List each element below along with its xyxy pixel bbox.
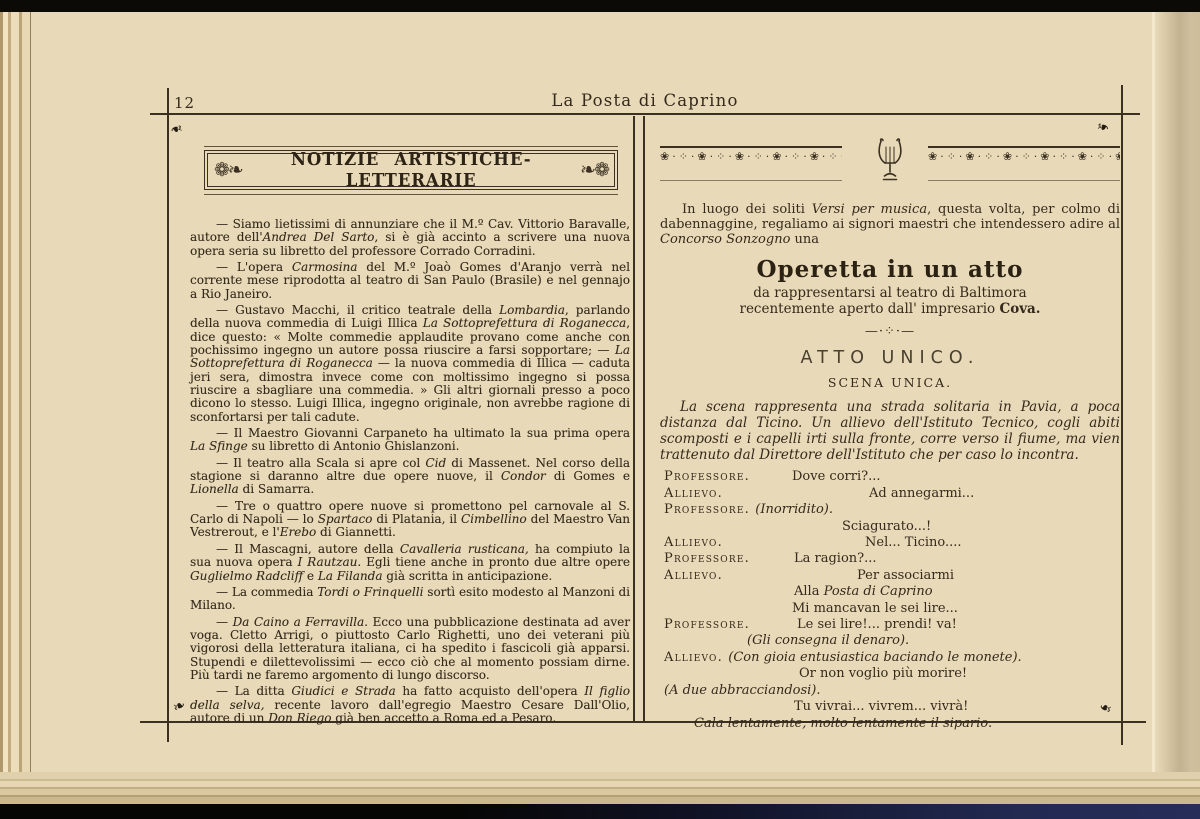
news-paragraph: — Tre o quattro opere nuove si prometton… [190,500,630,540]
dialogue-line: (A due abbracciandosi). [660,683,1120,699]
band-motifs: ❀·⁘·❀·⁘·❀·⁘·❀·⁘·❀·⁘·❀·⁘·❀·⁘·❀·⁘·❀·⁘·❀·⁘·… [660,149,842,164]
dialogue-line: Cala lentamente, molto lentamente il sip… [660,716,1120,732]
dialogue-line: Tu vivrai... vivrem... vivrà! [660,699,1120,715]
speech-text: Tu vivrai... vivrem... vivrà! [794,699,968,715]
speech-text: Cala lentamente, molto lentamente il sip… [694,716,992,732]
book-spine-edge [0,12,31,772]
ornamental-band-segment: ❀·⁘·❀·⁘·❀·⁘·❀·⁘·❀·⁘·❀·⁘·❀·⁘·❀·⁘·❀·⁘·❀·⁘·… [928,146,1120,181]
speaker-label: Allievo. [664,486,723,502]
speech-text: Alla Posta di Caprino [794,584,933,600]
speech-text: Sciagurato...! [842,519,931,535]
speaker-label: Professore. [664,502,755,517]
section-header-inner: ❁❧ NOTIZIE ARTISTICHE-LETTERARIE ❧❁ [207,153,615,187]
stage-direction-inline: (Con gioia entusiastica baciando le mone… [728,650,1021,665]
act-heading: ATTO UNICO. [660,348,1120,368]
lyre-icon [874,138,906,188]
venue-line-1: da rappresentarsi al teatro di Baltimora [660,285,1120,301]
speech-text: Ad annegarmi... [869,486,974,502]
news-paragraph: — La ditta Giudici e Strada ha fatto acq… [190,685,630,725]
dialogue-line: Allievo.Per associarmi [660,568,1120,584]
dialogue-line: (Gli consegna il denaro). [660,633,1120,649]
speaker-label: Allievo. [664,650,728,665]
news-paragraph-list: — Siamo lietissimi di annunziare che il … [190,218,630,725]
dialogue-line: Alla Posta di Caprino [660,584,1120,600]
right-margin-rule [1121,85,1123,745]
venue-line-2: recentemente aperto dall' impresario Cov… [660,301,1120,317]
news-paragraph: — Il teatro alla Scala si apre col Cid d… [190,457,630,497]
flower-ornament-right-icon: ❧❁ [580,161,608,180]
news-paragraph: — La commedia Tordi o Frinquelli sortì e… [190,586,630,613]
dialogue-line: Professore.Le sei lire!... prendi! va! [660,617,1120,633]
right-column: ❀·⁘·❀·⁘·❀·⁘·❀·⁘·❀·⁘·❀·⁘·❀·⁘·❀·⁘·❀·⁘·❀·⁘·… [660,138,1120,732]
dialogue-line: Professore.Dove corri?... [660,469,1120,485]
dialogue-line: Allievo. (Con gioia entusiastica baciand… [660,650,1120,666]
news-paragraph: — Gustavo Macchi, il critico teatrale de… [190,304,630,424]
impresario-name: Cova. [999,301,1040,317]
news-paragraph: — Siamo lietissimi di annunziare che il … [190,218,630,258]
dialogue-line: Allievo.Nel... Ticino.... [660,535,1120,551]
operetta-title: Operetta in un atto [660,256,1120,283]
dialogue-line: Sciagurato...! [660,519,1120,535]
speaker-label: Allievo. [664,535,723,551]
intro-paragraph: In luogo dei soliti Versi per musica, qu… [660,202,1120,248]
speaker-label: Professore. [664,617,750,633]
news-paragraph: — Il Maestro Giovanni Carpaneto ha ultim… [190,427,630,454]
stacked-page-edges [0,772,1200,804]
scanned-newspaper-page: 12 La Posta di Caprino ❧ ❧ ❧ ❧ ❁❧ NOTIZI… [0,0,1200,819]
dialogue-block: Professore.Dove corri?...Allievo.Ad anne… [660,469,1120,732]
top-rule [150,113,1140,115]
page-curve-shadow [1155,12,1200,772]
news-paragraph: — Da Caino a Ferravilla. Ecco una pubbli… [190,616,630,682]
band-motifs: ❀·⁘·❀·⁘·❀·⁘·❀·⁘·❀·⁘·❀·⁘·❀·⁘·❀·⁘·❀·⁘·❀·⁘·… [928,149,1120,164]
speaker-label: Professore. [664,551,750,567]
speaker-label: Professore. [664,469,750,485]
section-divider-ornament: —·⁘·— [660,324,1120,339]
section-title: NOTIZIE ARTISTICHE-LETTERARIE [255,149,566,191]
section-header-frame: ❁❧ NOTIZIE ARTISTICHE-LETTERARIE ❧❁ [204,146,618,195]
masthead-title: La Posta di Caprino [150,91,1140,110]
section-header-box: ❁❧ NOTIZIE ARTISTICHE-LETTERARIE ❧❁ [204,150,618,190]
dialogue-line: Allievo.Ad annegarmi... [660,486,1120,502]
scene-heading: SCENA UNICA. [660,375,1120,390]
ornamental-band: ❀·⁘·❀·⁘·❀·⁘·❀·⁘·❀·⁘·❀·⁘·❀·⁘·❀·⁘·❀·⁘·❀·⁘·… [660,138,1120,186]
flower-ornament-left-icon: ❁❧ [214,161,242,180]
speech-text: Le sei lire!... prendi! va! [797,617,957,633]
speech-text: Or non voglio più morire! [799,666,967,682]
speech-text: (A due abbracciandosi). [664,683,821,699]
venue-line-2-text: recentemente aperto dall' impresario [739,301,999,317]
speech-text: Per associarmi [857,568,954,584]
speaker-label: Allievo. [664,568,723,584]
speech-text: Dove corri?... [792,469,880,485]
speech-text: Nel... Ticino.... [865,535,962,551]
speech-text: (Gli consegna il denaro). [747,633,909,649]
left-margin-rule [167,88,169,742]
speech-text: La ragion?... [794,551,877,567]
dialogue-line: Or non voglio più morire! [660,666,1120,682]
dialogue-line: Professore. (Inorridito). [660,502,1120,518]
dialogue-line: Mi mancavan le sei lire... [660,601,1120,617]
speech-text: Mi mancavan le sei lire... [792,601,958,617]
background-table-surface [0,804,1200,819]
stage-direction: La scena rappresenta una strada solitari… [660,399,1120,464]
news-paragraph: — L'opera Carmosina del M.º Joaò Gomes d… [190,261,630,301]
column-divider-rule-right [643,116,645,722]
dialogue-line: Professore.La ragion?... [660,551,1120,567]
ornamental-band-segment: ❀·⁘·❀·⁘·❀·⁘·❀·⁘·❀·⁘·❀·⁘·❀·⁘·❀·⁘·❀·⁘·❀·⁘·… [660,146,842,181]
left-column: ❁❧ NOTIZIE ARTISTICHE-LETTERARIE ❧❁ — Si… [190,146,630,729]
news-paragraph: — Il Mascagni, autore della Cavalleria r… [190,543,630,583]
stage-direction-inline: (Inorridito). [755,502,833,517]
column-divider-rule-left [633,116,635,722]
